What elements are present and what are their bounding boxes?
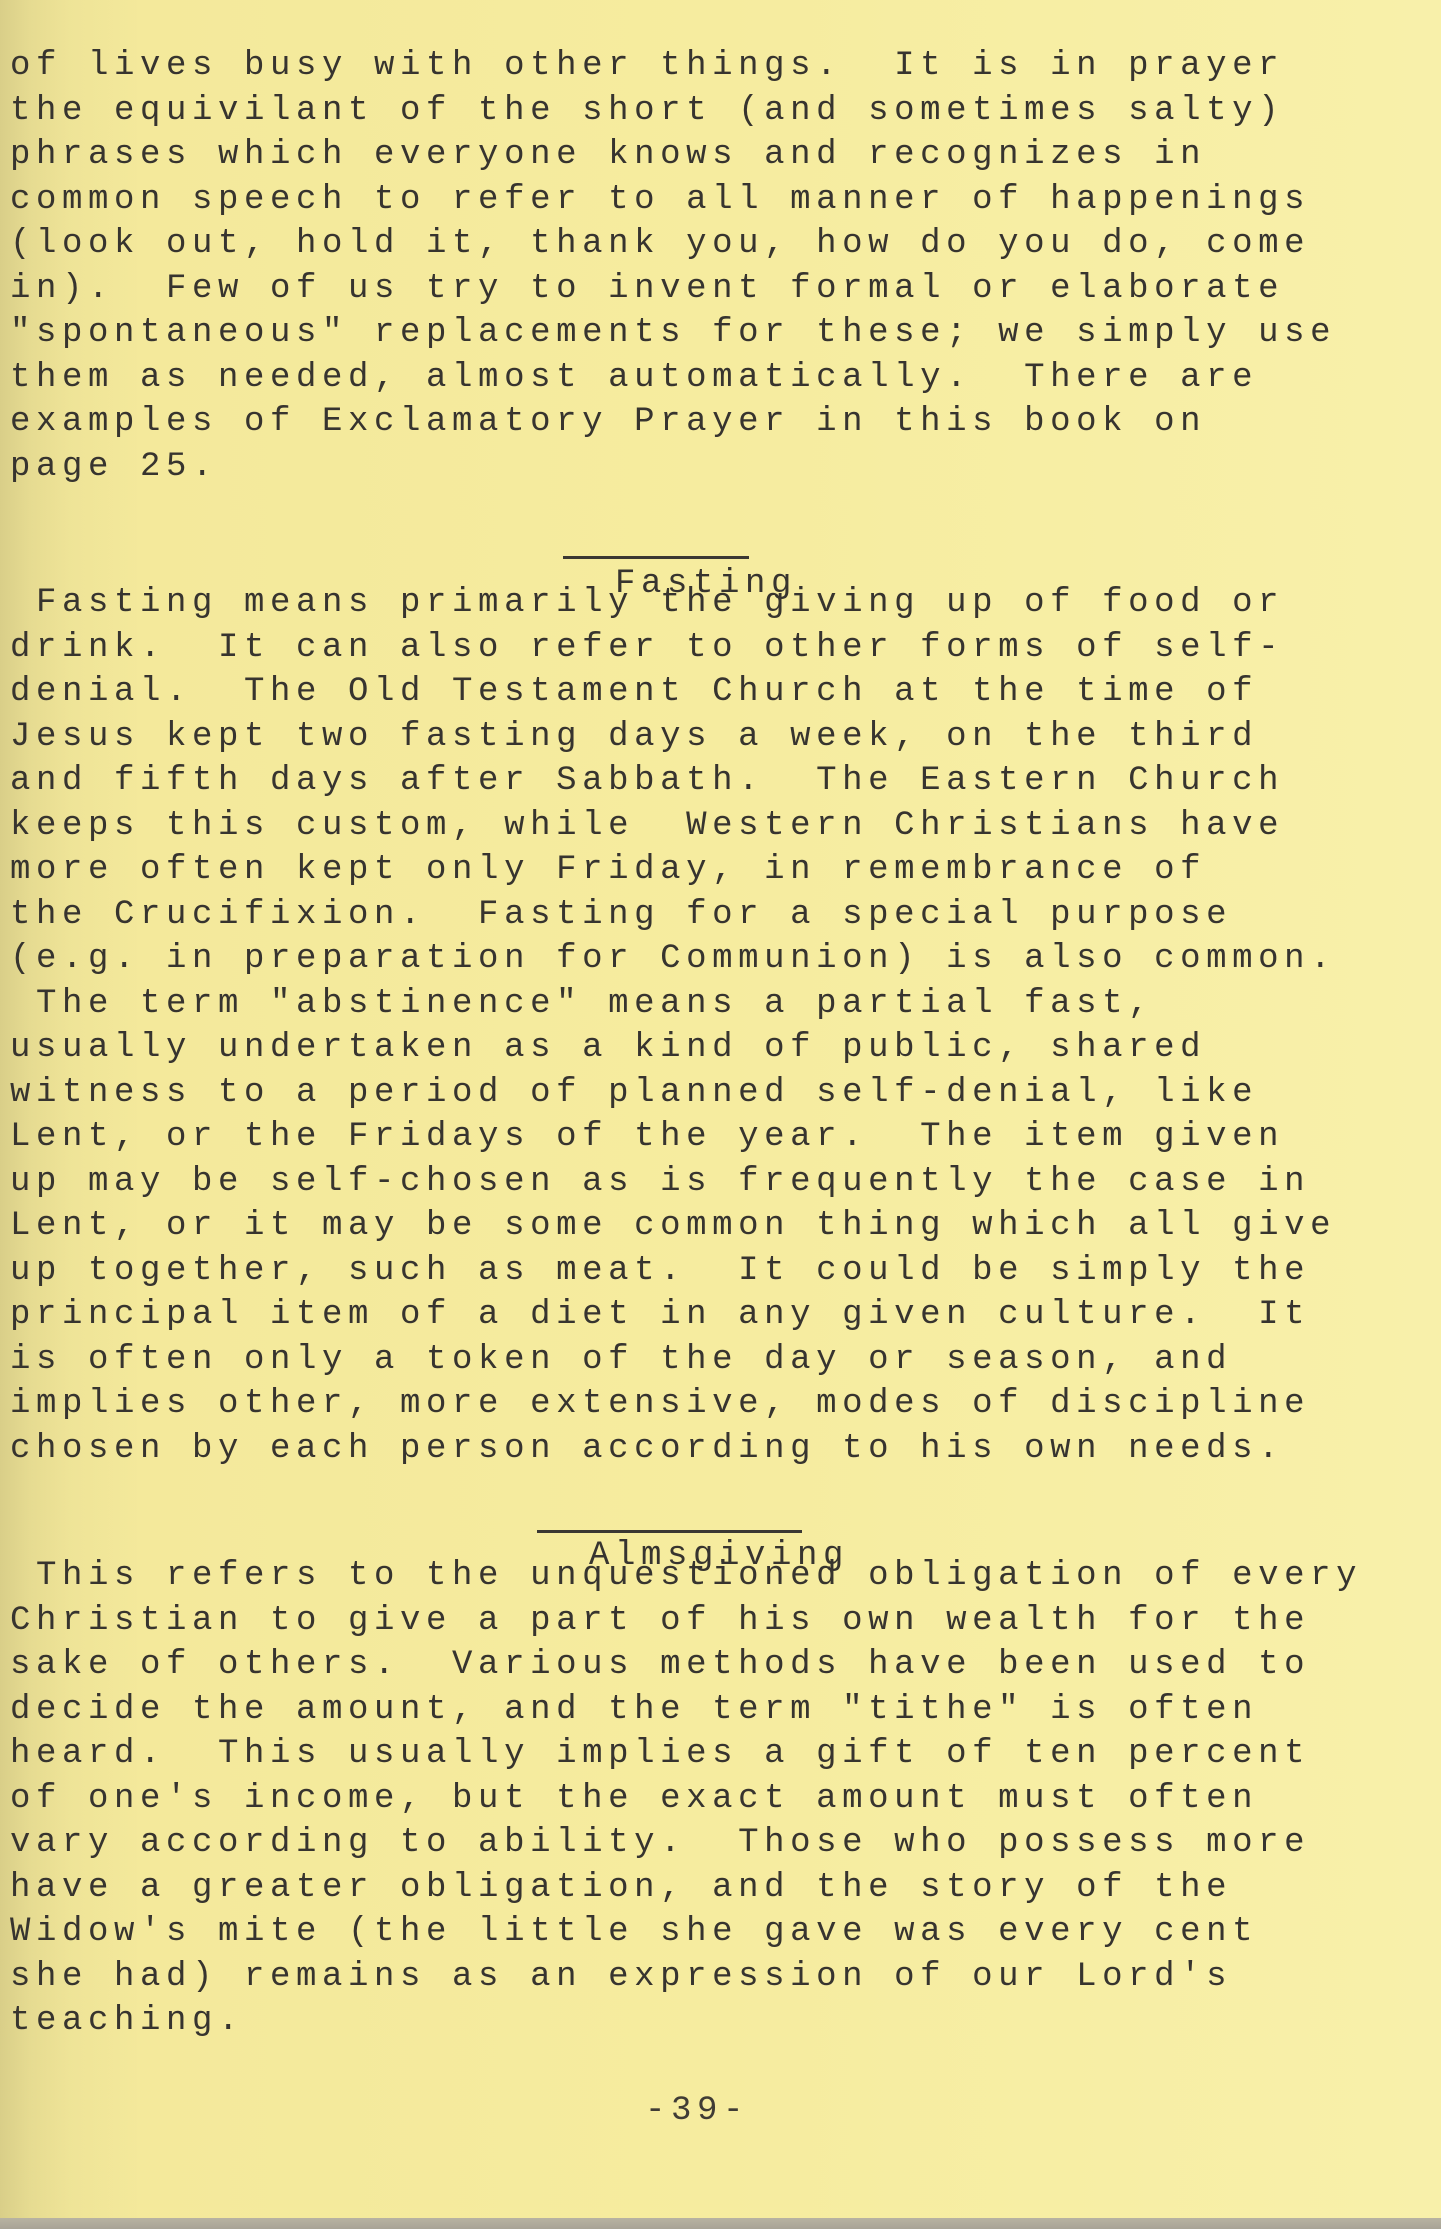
text-line: examples of Exclamatory Prayer in this b… [10, 400, 1336, 445]
text-line: Jesus kept two fasting days a week, on t… [10, 715, 1336, 760]
text-line: up together, such as meat. It could be s… [10, 1249, 1336, 1294]
text-line: up may be self-chosen as is frequently t… [10, 1160, 1336, 1205]
text-line: Lent, or it may be some common thing whi… [10, 1204, 1336, 1249]
text-line: chosen by each person according to his o… [10, 1427, 1336, 1472]
text-line: decide the amount, and the term "tithe" … [10, 1688, 1362, 1733]
text-line: sake of others. Various methods have bee… [10, 1643, 1362, 1688]
heading-underline [537, 1530, 802, 1533]
text-line: heard. This usually implies a gift of te… [10, 1732, 1362, 1777]
text-line: "spontaneous" replacements for these; we… [10, 311, 1336, 356]
text-line: Lent, or the Fridays of the year. The it… [10, 1115, 1336, 1160]
text-line: The term "abstinence" means a partial fa… [10, 982, 1336, 1027]
page-bottom-edge [0, 2218, 1441, 2229]
text-line: (look out, hold it, thank you, how do yo… [10, 222, 1336, 267]
text-line: denial. The Old Testament Church at the … [10, 670, 1336, 715]
text-line: principal item of a diet in any given cu… [10, 1293, 1336, 1338]
text-line: teaching. [10, 1999, 1362, 2044]
page-number: -39- [645, 2089, 749, 2134]
text-line: Fasting means primarily the giving up of… [10, 581, 1336, 626]
text-line: common speech to refer to all manner of … [10, 178, 1336, 223]
text-line: Christian to give a part of his own weal… [10, 1599, 1362, 1644]
text-line: implies other, more extensive, modes of … [10, 1382, 1336, 1427]
text-line: Widow's mite (the little she gave was ev… [10, 1910, 1362, 1955]
text-line: vary according to ability. Those who pos… [10, 1821, 1362, 1866]
text-line: drink. It can also refer to other forms … [10, 626, 1336, 671]
text-line: This refers to the unquestioned obligati… [10, 1554, 1362, 1599]
text-line: in). Few of us try to invent formal or e… [10, 267, 1336, 312]
heading-underline [563, 556, 749, 559]
text-line: and fifth days after Sabbath. The Easter… [10, 759, 1336, 804]
text-line: the equivilant of the short (and sometim… [10, 89, 1336, 134]
text-line: the Crucifixion. Fasting for a special p… [10, 893, 1336, 938]
text-line: have a greater obligation, and the story… [10, 1866, 1362, 1911]
fasting-paragraph: Fasting means primarily the giving up of… [10, 581, 1336, 1471]
text-line: witness to a period of planned self-deni… [10, 1071, 1336, 1116]
intro-paragraph: of lives busy with other things. It is i… [10, 44, 1336, 489]
text-line: more often kept only Friday, in remembra… [10, 848, 1336, 893]
text-line: is often only a token of the day or seas… [10, 1338, 1336, 1383]
text-line: phrases which everyone knows and recogni… [10, 133, 1336, 178]
almsgiving-paragraph: This refers to the unquestioned obligati… [10, 1554, 1362, 2044]
text-line: keeps this custom, while Western Christi… [10, 804, 1336, 849]
text-line: them as needed, almost automatically. Th… [10, 356, 1336, 401]
text-line: usually undertaken as a kind of public, … [10, 1026, 1336, 1071]
text-line: page 25. [10, 445, 1336, 490]
text-line: (e.g. in preparation for Communion) is a… [10, 937, 1336, 982]
text-line: of lives busy with other things. It is i… [10, 44, 1336, 89]
text-line: of one's income, but the exact amount mu… [10, 1777, 1362, 1822]
text-line: she had) remains as an expression of our… [10, 1955, 1362, 2000]
